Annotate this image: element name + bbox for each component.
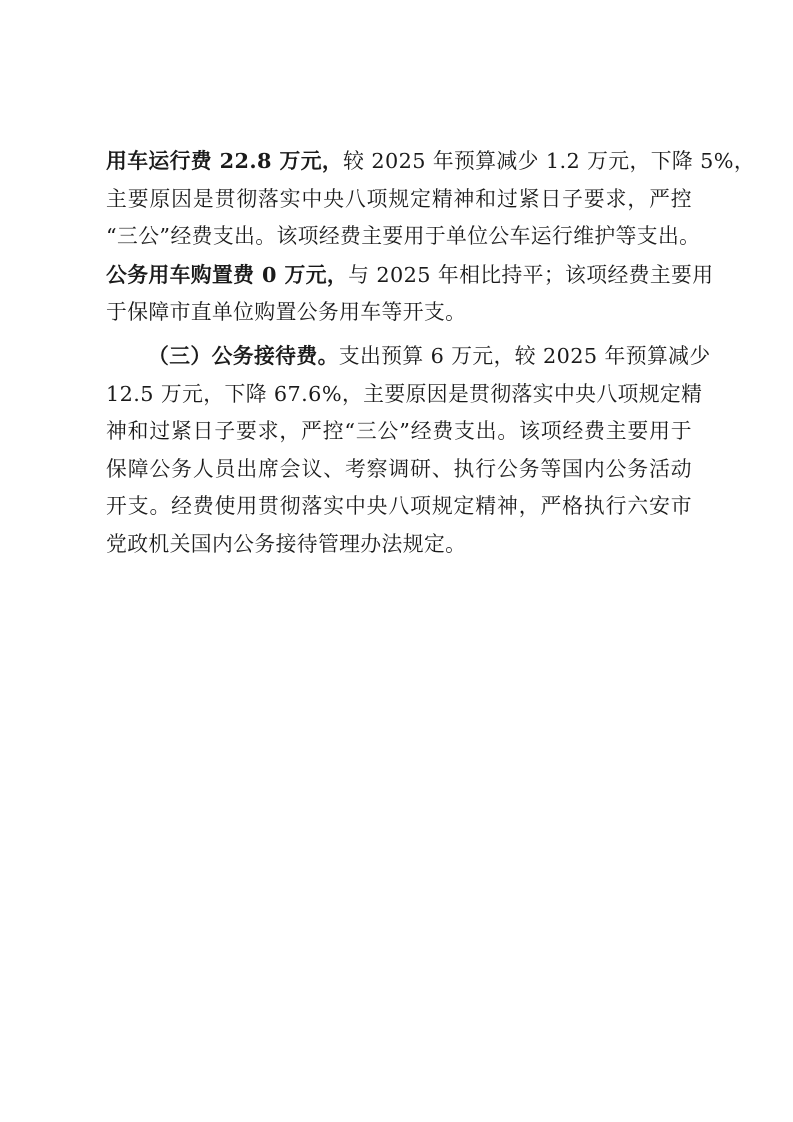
body-text: 支出预算 6 万元，较 2025 年预算减少 (339, 344, 711, 368)
document-page: 用车运行费 22.8 万元，较 2025 年预算减少 1.2 万元，下降 5%，… (106, 142, 692, 564)
paragraph-official-reception-cost: （三）公务接待费。支出预算 6 万元，较 2025 年预算减少 12.5 万元，… (106, 337, 692, 564)
paragraph-vehicle-operation-cost: 用车运行费 22.8 万元，较 2025 年预算减少 1.2 万元，下降 5%，… (106, 142, 692, 332)
heading-vehicle-purchase-cost: 公务用车购置费 0 万元， (106, 262, 348, 287)
text-line: “三公”经费支出。该项经费主要用于单位公车运行维护等支出。 (106, 218, 692, 256)
text-line: （三）公务接待费。支出预算 6 万元，较 2025 年预算减少 (106, 337, 692, 376)
text-line: 神和过紧日子要求，严控“三公”经费支出。该项经费主要用于 (106, 413, 692, 451)
body-text: 开支。经费使用贯彻落实中央八项规定精神，严格执行六安市 (106, 494, 692, 518)
text-line: 12.5 万元，下降 67.6%，主要原因是贯彻落实中央八项规定精 (106, 376, 692, 414)
body-text: “三公”经费支出。该项经费主要用于单位公车运行维护等支出。 (106, 224, 700, 248)
text-line: 于保障市直单位购置公务用车等开支。 (106, 294, 692, 332)
body-text: 12.5 万元，下降 67.6%，主要原因是贯彻落实中央八项规定精 (106, 382, 702, 406)
text-line: 开支。经费使用贯彻落实中央八项规定精神，严格执行六安市 (106, 488, 692, 526)
body-text: 于保障市直单位购置公务用车等开支。 (106, 300, 466, 324)
body-text: 较 2025 年预算减少 1.2 万元，下降 5%， (343, 149, 755, 173)
text-line: 保障公务人员出席会议、考察调研、执行公务等国内公务活动 (106, 451, 692, 489)
text-line: 党政机关国内公务接待管理办法规定。 (106, 526, 692, 564)
body-text: 党政机关国内公务接待管理办法规定。 (106, 532, 466, 556)
body-text: 与 2025 年相比持平；该项经费主要用 (348, 263, 713, 287)
text-line: 用车运行费 22.8 万元，较 2025 年预算减少 1.2 万元，下降 5%， (106, 142, 692, 181)
heading-vehicle-operation-cost: 用车运行费 22.8 万元， (106, 148, 343, 173)
body-text: 神和过紧日子要求，严控“三公”经费支出。该项经费主要用于 (106, 419, 692, 443)
text-line: 公务用车购置费 0 万元，与 2025 年相比持平；该项经费主要用 (106, 256, 692, 295)
section-heading-official-reception: （三）公务接待费。 (148, 343, 339, 368)
text-line: 主要原因是贯彻落实中央八项规定精神和过紧日子要求，严控 (106, 181, 692, 219)
body-text: 主要原因是贯彻落实中央八项规定精神和过紧日子要求，严控 (106, 187, 692, 211)
body-text: 保障公务人员出席会议、考察调研、执行公务等国内公务活动 (106, 457, 692, 481)
